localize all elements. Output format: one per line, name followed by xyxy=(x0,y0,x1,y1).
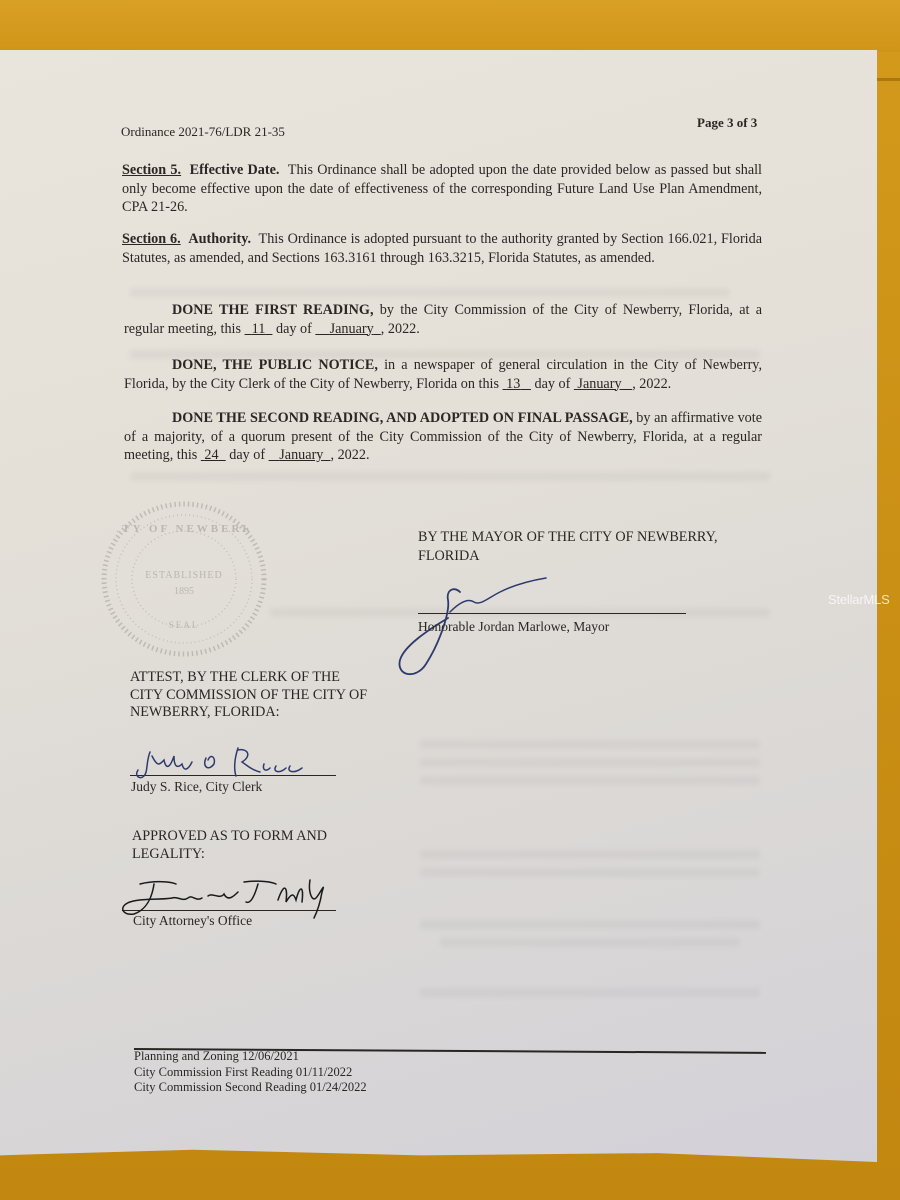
bleed-through xyxy=(420,920,760,929)
section-5: Section 5. Effective Date. This Ordinanc… xyxy=(122,161,762,217)
public-notice: DONE, THE PUBLIC NOTICE, in a newspaper … xyxy=(124,356,762,393)
page-indicator: Page 3 of 3 xyxy=(697,114,757,133)
attorney-signatory: City Attorney's Office xyxy=(133,912,252,931)
mayor-heading: BY THE MAYOR OF THE CITY OF NEWBERRY, FL… xyxy=(418,528,718,565)
reading-month: January xyxy=(574,376,632,392)
reading-month: January xyxy=(315,321,380,337)
svg-text:1895: 1895 xyxy=(174,586,194,597)
footer-line: Planning and Zoning 12/06/2021 xyxy=(134,1049,367,1065)
bleed-through xyxy=(130,288,730,297)
clerk-signature xyxy=(130,742,330,782)
bleed-through xyxy=(130,472,770,481)
envelope-background xyxy=(0,0,900,52)
svg-text:CITY OF NEWBERRY: CITY OF NEWBERRY xyxy=(104,523,264,535)
svg-text:SEAL: SEAL xyxy=(169,620,200,630)
approval-heading: APPROVED AS TO FORM AND LEGALITY: xyxy=(132,828,327,863)
mayor-signatory: Honorable Jordan Marlowe, Mayor xyxy=(418,618,609,637)
reading-lead: DONE, THE PUBLIC NOTICE, xyxy=(172,357,378,373)
reading-day: 13 xyxy=(503,376,531,392)
second-reading: DONE THE SECOND READING, AND ADOPTED ON … xyxy=(124,409,762,465)
reading-month: January xyxy=(269,447,331,463)
footer-line: City Commission Second Reading 01/24/202… xyxy=(134,1080,367,1096)
bleed-through xyxy=(420,758,760,767)
ordinance-id: Ordinance 2021-76/LDR 21-35 xyxy=(121,123,285,142)
section-number: Section 6. xyxy=(122,231,181,247)
attest-heading: ATTEST, BY THE CLERK OF THE CITY COMMISS… xyxy=(130,669,367,722)
bleed-through xyxy=(420,988,760,997)
envelope-seam xyxy=(876,78,900,81)
bleed-through xyxy=(420,868,760,877)
footer-line: City Commission First Reading 01/11/2022 xyxy=(134,1065,367,1081)
footer-history: Planning and Zoning 12/06/2021 City Comm… xyxy=(134,1049,367,1096)
reading-lead: DONE THE FIRST READING, xyxy=(172,302,374,318)
reading-day: 24 xyxy=(201,447,226,463)
first-reading: DONE THE FIRST READING, by the City Comm… xyxy=(124,301,762,338)
section-title: Effective Date. xyxy=(190,162,280,178)
bleed-through xyxy=(420,776,760,785)
bleed-through xyxy=(420,740,760,749)
section-6: Section 6. Authority. This Ordinance is … xyxy=(122,230,762,267)
section-title: Authority. xyxy=(188,231,251,247)
city-seal-icon: CITY OF NEWBERRY ESTABLISHED 1895 SEAL xyxy=(100,500,268,658)
reading-day: 11 xyxy=(245,321,273,337)
svg-text:ESTABLISHED: ESTABLISHED xyxy=(145,570,222,581)
clerk-signatory: Judy S. Rice, City Clerk xyxy=(131,778,262,797)
reading-lead: DONE THE SECOND READING, AND ADOPTED ON … xyxy=(172,410,633,426)
section-number: Section 5. xyxy=(122,162,181,178)
mls-watermark: StellarMLS xyxy=(828,592,890,607)
bleed-through xyxy=(440,938,740,947)
bleed-through xyxy=(420,850,760,859)
